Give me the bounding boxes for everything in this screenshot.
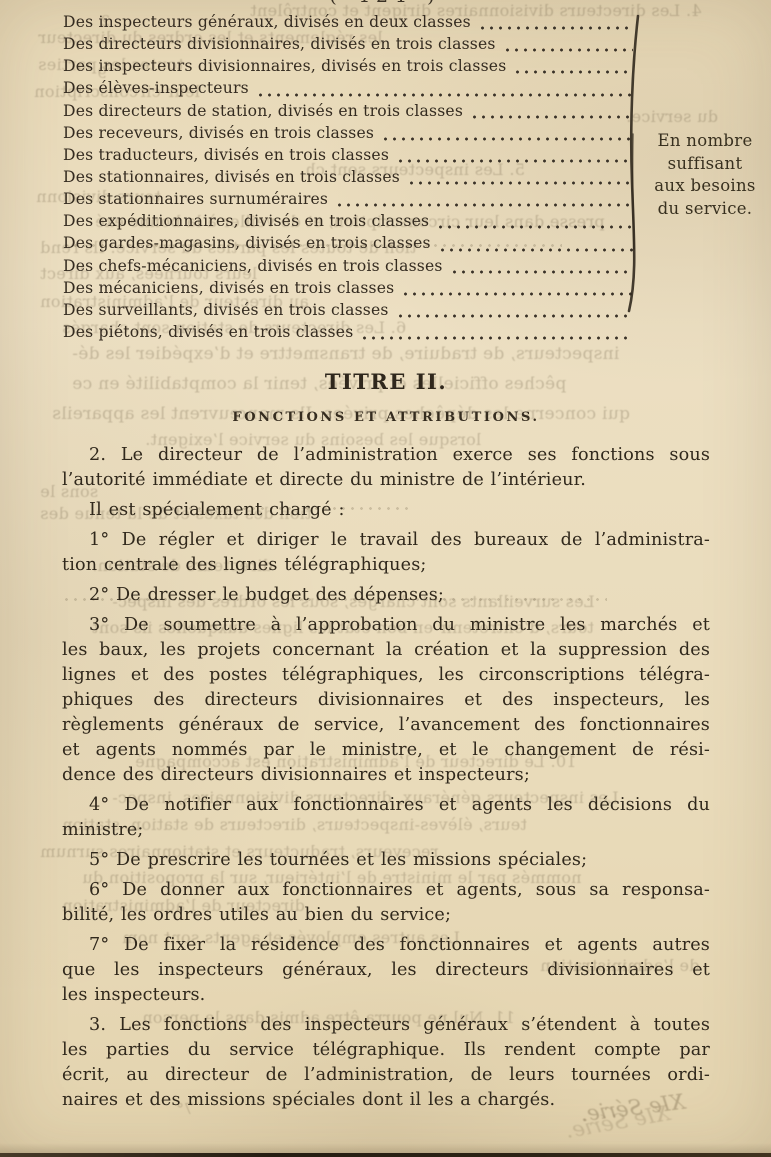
- section-heading: TITRE II. FONCTIONS ET ATTRIBUTIONS.: [62, 369, 710, 425]
- list-item: Des stationnaires surnuméraires: [63, 190, 635, 212]
- section-title: TITRE II.: [62, 369, 710, 394]
- list-item-label: Des piétons, divisés en trois classes: [63, 323, 353, 341]
- brace-note-line: En nombre: [641, 130, 769, 153]
- leader-dots: [396, 313, 633, 319]
- body-line: 3. Les fonctions des inspecteurs générau…: [62, 1013, 710, 1038]
- body-line: 6° De donner aux fonctionnaires et agent…: [62, 878, 710, 903]
- leader-dots: [256, 92, 633, 98]
- brace-note: En nombresuffisantaux besoinsdu service.: [641, 130, 769, 220]
- body-line: 5° De prescrire les tournées et les miss…: [62, 848, 710, 873]
- leader-dots: [401, 291, 633, 297]
- list-item-label: Des traducteurs, divisés en trois classe…: [63, 146, 389, 164]
- body-line: bilité, les ordres utiles au bien du ser…: [62, 903, 710, 928]
- body-line: 7° De fixer la résidence des fonctionnai…: [62, 933, 710, 958]
- scanned-document-page: 4. Les directeurs divisionnaires dirigen…: [0, 0, 771, 1157]
- list-item: Des piétons, divisés en trois classes: [63, 323, 635, 345]
- list-item: Des inspecteurs généraux, divisés en deu…: [63, 13, 635, 35]
- list-item: Des traducteurs, divisés en trois classe…: [63, 146, 635, 168]
- leader-dots: [450, 269, 633, 275]
- list-item-label: Des gardes-magasins, divisés en trois cl…: [63, 234, 431, 252]
- body-line: et agents nommés par le ministre, et le …: [62, 738, 710, 763]
- brace-note-line: du service.: [641, 198, 769, 221]
- list-item: Des directeurs divisionnaires, divisés e…: [63, 35, 635, 57]
- list-item-label: Des chefs-mécaniciens, divisés en trois …: [63, 257, 443, 275]
- body-line: Il est spécialement chargé :: [62, 498, 710, 523]
- leader-dots: [396, 158, 633, 164]
- leader-dots: [513, 69, 633, 75]
- body-line: phiques des directeurs divisionnaires et…: [62, 688, 710, 713]
- list-item: Des stationnaires, divisés en trois clas…: [63, 168, 635, 190]
- bottom-edge: [0, 1153, 771, 1157]
- list-item-label: Des stationnaires, divisés en trois clas…: [63, 168, 400, 186]
- body-line: ministre;: [62, 818, 710, 843]
- list-item: Des mécaniciens, divisés en trois classe…: [63, 279, 635, 301]
- list-item-label: Des stationnaires surnuméraires: [63, 190, 328, 208]
- leader-dots: [407, 180, 633, 186]
- body-line: règlements généraux de service, l’avance…: [62, 713, 710, 738]
- list-item-label: Des inspecteurs divisionnaires, divisés …: [63, 57, 506, 75]
- leader-dots: [478, 25, 633, 31]
- bottom-edge-shade: [0, 1143, 771, 1153]
- list-item-label: Des inspecteurs généraux, divisés en deu…: [63, 13, 471, 31]
- leader-dots: [436, 224, 633, 230]
- personnel-list: Des inspecteurs généraux, divisés en deu…: [63, 13, 635, 345]
- body-line: les inspecteurs.: [62, 983, 710, 1008]
- section-subtitle: FONCTIONS ET ATTRIBUTIONS.: [62, 410, 710, 425]
- list-item-label: Des directeurs divisionnaires, divisés e…: [63, 35, 496, 53]
- leader-dots: [360, 335, 633, 341]
- leader-dots: [381, 136, 633, 142]
- list-item: Des gardes-magasins, divisés en trois cl…: [63, 234, 635, 256]
- body-line: tion centrale des lignes télégraphiques;: [62, 553, 710, 578]
- leader-dots: [470, 114, 633, 120]
- list-item-label: Des receveurs, divisés en trois classes: [63, 124, 374, 142]
- list-item-label: Des surveillants, divisés en trois class…: [63, 301, 389, 319]
- list-item: Des receveurs, divisés en trois classes: [63, 124, 635, 146]
- list-item-label: Des expéditionnaires, divisés en trois c…: [63, 212, 429, 230]
- list-item: Des directeurs de station, divisés en tr…: [63, 102, 635, 124]
- body-line: 2° De dresser le budget des dépenses;: [62, 583, 710, 608]
- list-item-label: Des directeurs de station, divisés en tr…: [63, 102, 463, 120]
- body-line: 2. Le directeur de l’administration exer…: [62, 443, 710, 468]
- list-item-label: Des élèves-inspecteurs: [63, 79, 249, 97]
- body-line: 3° De soumettre à l’approbation du minis…: [62, 613, 710, 638]
- body-line: dence des directeurs divisionnaires et i…: [62, 763, 710, 788]
- list-item: Des élèves-inspecteurs: [63, 79, 635, 101]
- page-number-partial: ( 421 ): [0, 0, 771, 7]
- body-line: écrit, au directeur de l’administration,…: [62, 1063, 710, 1088]
- body-line: que les inspecteurs généraux, les direct…: [62, 958, 710, 983]
- list-item: Des chefs-mécaniciens, divisés en trois …: [63, 257, 635, 279]
- brace-note-line: aux besoins: [641, 175, 769, 198]
- list-item: Des surveillants, divisés en trois class…: [63, 301, 635, 323]
- list-item: Des expéditionnaires, divisés en trois c…: [63, 212, 635, 234]
- body-text: 2. Le directeur de l’administration exer…: [62, 438, 710, 1113]
- body-line: les baux, les projets concernant la créa…: [62, 638, 710, 663]
- body-line: 1° De régler et diriger le travail des b…: [62, 528, 710, 553]
- list-item: Des inspecteurs divisionnaires, divisés …: [63, 57, 635, 79]
- body-line: 4° De notifier aux fonctionnaires et age…: [62, 793, 710, 818]
- leader-dots: [335, 202, 633, 208]
- body-line: l’autorité immédiate et directe du minis…: [62, 468, 710, 493]
- list-item-label: Des mécaniciens, divisés en trois classe…: [63, 279, 394, 297]
- body-line: les parties du service télégraphique. Il…: [62, 1038, 710, 1063]
- body-line: lignes et des postes télégraphiques, les…: [62, 663, 710, 688]
- brace-note-line: suffisant: [641, 153, 769, 176]
- bleedthrough-fragment: inspecteurs, de traduire, de transmettre…: [72, 344, 619, 364]
- leader-dots: [438, 247, 633, 253]
- leader-dots: [503, 47, 633, 53]
